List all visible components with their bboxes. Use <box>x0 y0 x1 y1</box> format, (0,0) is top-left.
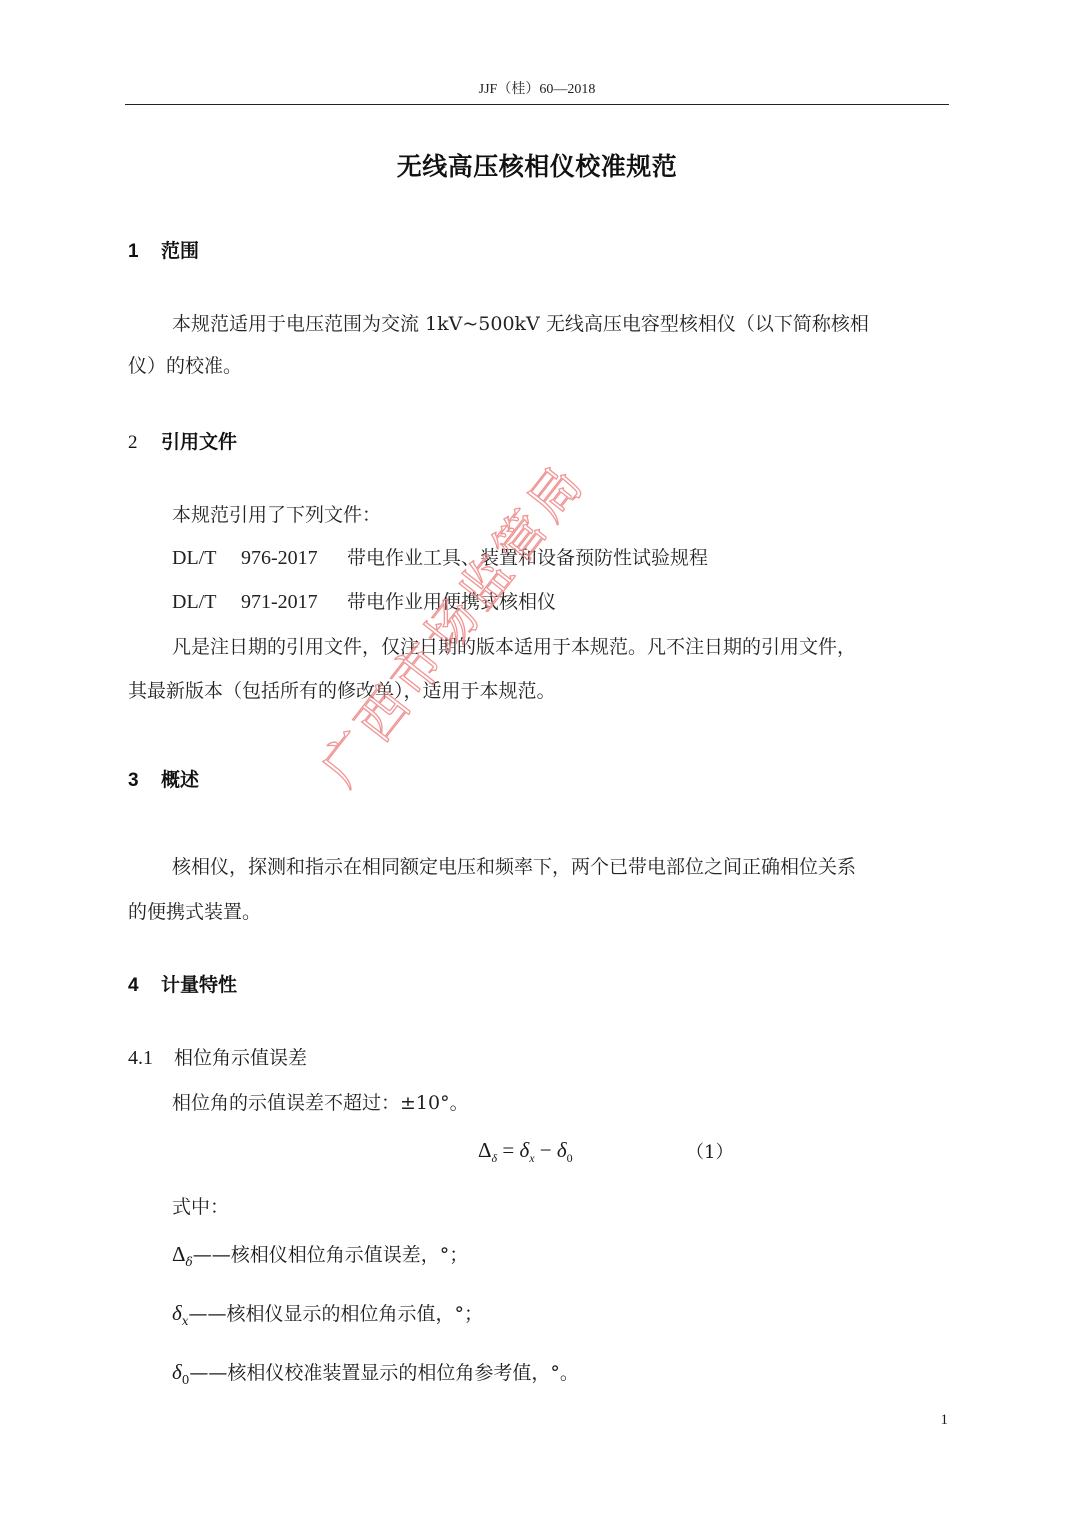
references-note-line-1: 凡是注日期的引用文件，仅注日期的版本适用于本规范。凡不注日期的引用文件， <box>172 632 856 659</box>
section-title: 引用文件 <box>161 431 237 453</box>
variable-definition: Δδ——核相仪相位角示值误差，°； <box>172 1240 468 1269</box>
section-title: 概述 <box>161 769 199 791</box>
subsection-4-1-heading: 4.1相位角示值误差 <box>128 1043 307 1070</box>
section-2-heading: 2引用文件 <box>128 427 237 454</box>
reference-item: DL/T976-2017带电作业工具、装置和设备预防性试验规程 <box>172 543 708 570</box>
section-number: 4 <box>128 975 161 997</box>
subsection-4-1-requirement: 相位角的示值误差不超过：±10°。 <box>172 1088 469 1115</box>
equation-number: （1） <box>686 1138 733 1164</box>
section-1-paragraph-line-1: 本规范适用于电压范围为交流 1kV~500kV 无线高压电容型核相仪（以下简称核… <box>172 309 869 336</box>
section-title: 范围 <box>161 240 199 262</box>
section-1-heading: 1范围 <box>128 236 199 263</box>
document-code-header: JJF（桂）60—2018 <box>0 78 1074 98</box>
section-3-heading: 3概述 <box>128 765 199 792</box>
where-label: 式中： <box>172 1192 229 1219</box>
formula-lhs: Δδ <box>478 1138 497 1162</box>
references-intro: 本规范引用了下列文件： <box>172 500 381 527</box>
subsection-title: 相位角示值误差 <box>174 1047 307 1069</box>
subsection-number: 4.1 <box>128 1047 174 1070</box>
section-title: 计量特性 <box>161 974 237 996</box>
reference-number: 971-2017 <box>241 591 347 614</box>
section-1-paragraph-line-2: 仪）的校准。 <box>128 351 242 378</box>
formula-term-x: δx <box>519 1138 534 1162</box>
document-title: 无线高压核相仪校准规范 <box>0 147 1074 183</box>
section-number: 3 <box>128 770 161 792</box>
variable-definition: δ0——核相仪校准装置显示的相位角参考值，°。 <box>172 1358 579 1387</box>
section-number: 1 <box>128 241 161 263</box>
reference-code: DL/T <box>172 591 241 614</box>
section-3-paragraph-line-2: 的便携式装置。 <box>128 897 261 924</box>
formula-term-0: δ0 <box>557 1138 573 1162</box>
references-note-line-2: 其最新版本（包括所有的修改单），适用于本规范。 <box>128 676 556 703</box>
header-divider <box>125 104 949 105</box>
watermark-stamp: 广西市场监管局 <box>302 445 600 798</box>
section-3-paragraph-line-1: 核相仪，探测和指示在相同额定电压和频率下，两个已带电部位之间正确相位关系 <box>172 852 856 879</box>
section-number: 2 <box>128 432 161 454</box>
reference-number: 976-2017 <box>241 547 347 570</box>
formula-1: Δδ = δx − δ0 <box>478 1138 573 1166</box>
page-number: 1 <box>941 1412 949 1429</box>
section-4-heading: 4计量特性 <box>128 970 237 997</box>
reference-code: DL/T <box>172 547 241 570</box>
variable-definition: δx——核相仪显示的相位角示值，°； <box>172 1299 483 1328</box>
